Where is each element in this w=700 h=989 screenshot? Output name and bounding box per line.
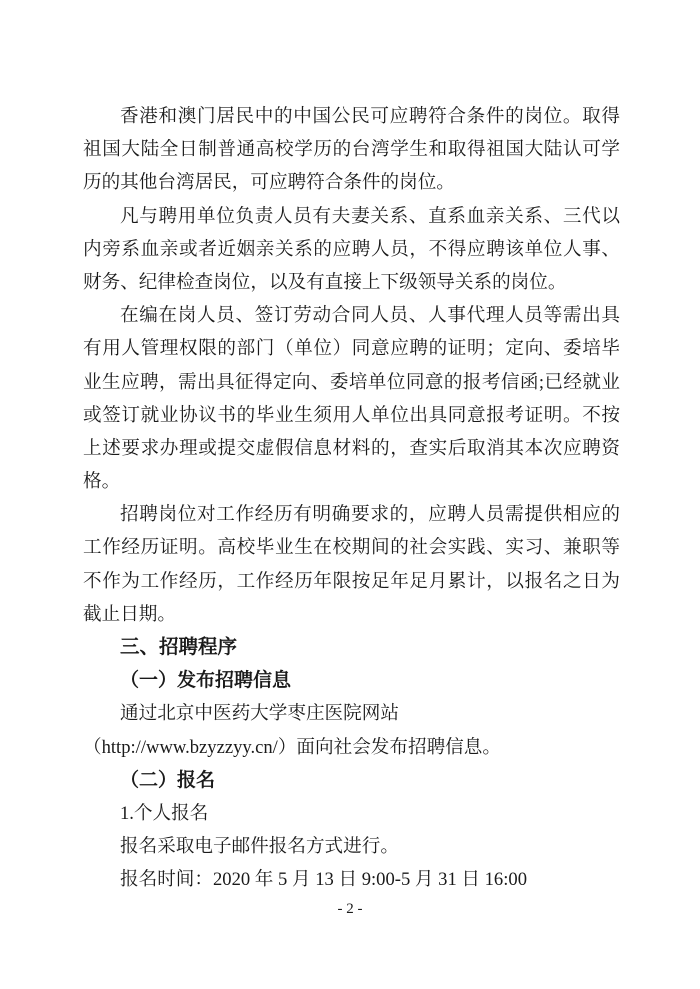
paragraph-line: 或签订就业协议书的毕业生须用人单位出具同意报考证明。不按 — [83, 399, 620, 432]
paragraph-line: 通过北京中医药大学枣庄医院网站 — [83, 697, 620, 730]
page-number: - 2 - — [0, 901, 700, 918]
heading-section-recruitment-procedure: 三、招聘程序 — [83, 631, 620, 664]
paragraph-line: 有用人管理权限的部门（单位）同意应聘的证明；定向、委培毕 — [83, 332, 620, 365]
document-body: 香港和澳门居民中的中国公民可应聘符合条件的岗位。取得 祖国大陆全日制普通高校学历… — [83, 100, 620, 897]
paragraph-line: 招聘岗位对工作经历有明确要求的，应聘人员需提供相应的 — [83, 498, 620, 531]
paragraph-line: 上述要求办理或提交虚假信息材料的，查实后取消其本次应聘资 — [83, 432, 620, 465]
heading-sub-registration: （二）报名 — [83, 764, 620, 797]
paragraph-line: 历的其他台湾居民，可应聘符合条件的岗位。 — [83, 166, 620, 199]
paragraph-line: 报名采取电子邮件报名方式进行。 — [83, 830, 620, 863]
heading-sub-publish-info: （一）发布招聘信息 — [83, 664, 620, 697]
paragraph-line: 截止日期。 — [83, 598, 620, 631]
paragraph-line: 在编在岗人员、签订劳动合同人员、人事代理人员等需出具 — [83, 299, 620, 332]
paragraph-line: 格。 — [83, 465, 620, 498]
document-page: 香港和澳门居民中的中国公民可应聘符合条件的岗位。取得 祖国大陆全日制普通高校学历… — [0, 0, 700, 989]
paragraph-line: 祖国大陆全日制普通高校学历的台湾学生和取得祖国大陆认可学 — [83, 133, 620, 166]
paragraph-line: 凡与聘用单位负责人员有夫妻关系、直系血亲关系、三代以 — [83, 200, 620, 233]
list-item-personal-registration: 1.个人报名 — [83, 797, 620, 830]
paragraph-line: 香港和澳门居民中的中国公民可应聘符合条件的岗位。取得 — [83, 100, 620, 133]
registration-time-line: 报名时间：2020 年 5 月 13 日 9:00-5 月 31 日 16:00 — [83, 863, 620, 896]
paragraph-line: 不作为工作经历，工作经历年限按足年足月累计，以报名之日为 — [83, 565, 620, 598]
paragraph-line: 工作经历证明。高校毕业生在校期间的社会实践、实习、兼职等 — [83, 531, 620, 564]
paragraph-line: 内旁系血亲或者近姻亲关系的应聘人员，不得应聘该单位人事、 — [83, 233, 620, 266]
paragraph-line: 财务、纪律检查岗位，以及有直接上下级领导关系的岗位。 — [83, 266, 620, 299]
paragraph-line: 业生应聘，需出具征得定向、委培单位同意的报考信函;已经就业 — [83, 366, 620, 399]
website-url-line: （http://www.bzyzzyy.cn/）面向社会发布招聘信息。 — [83, 731, 620, 764]
